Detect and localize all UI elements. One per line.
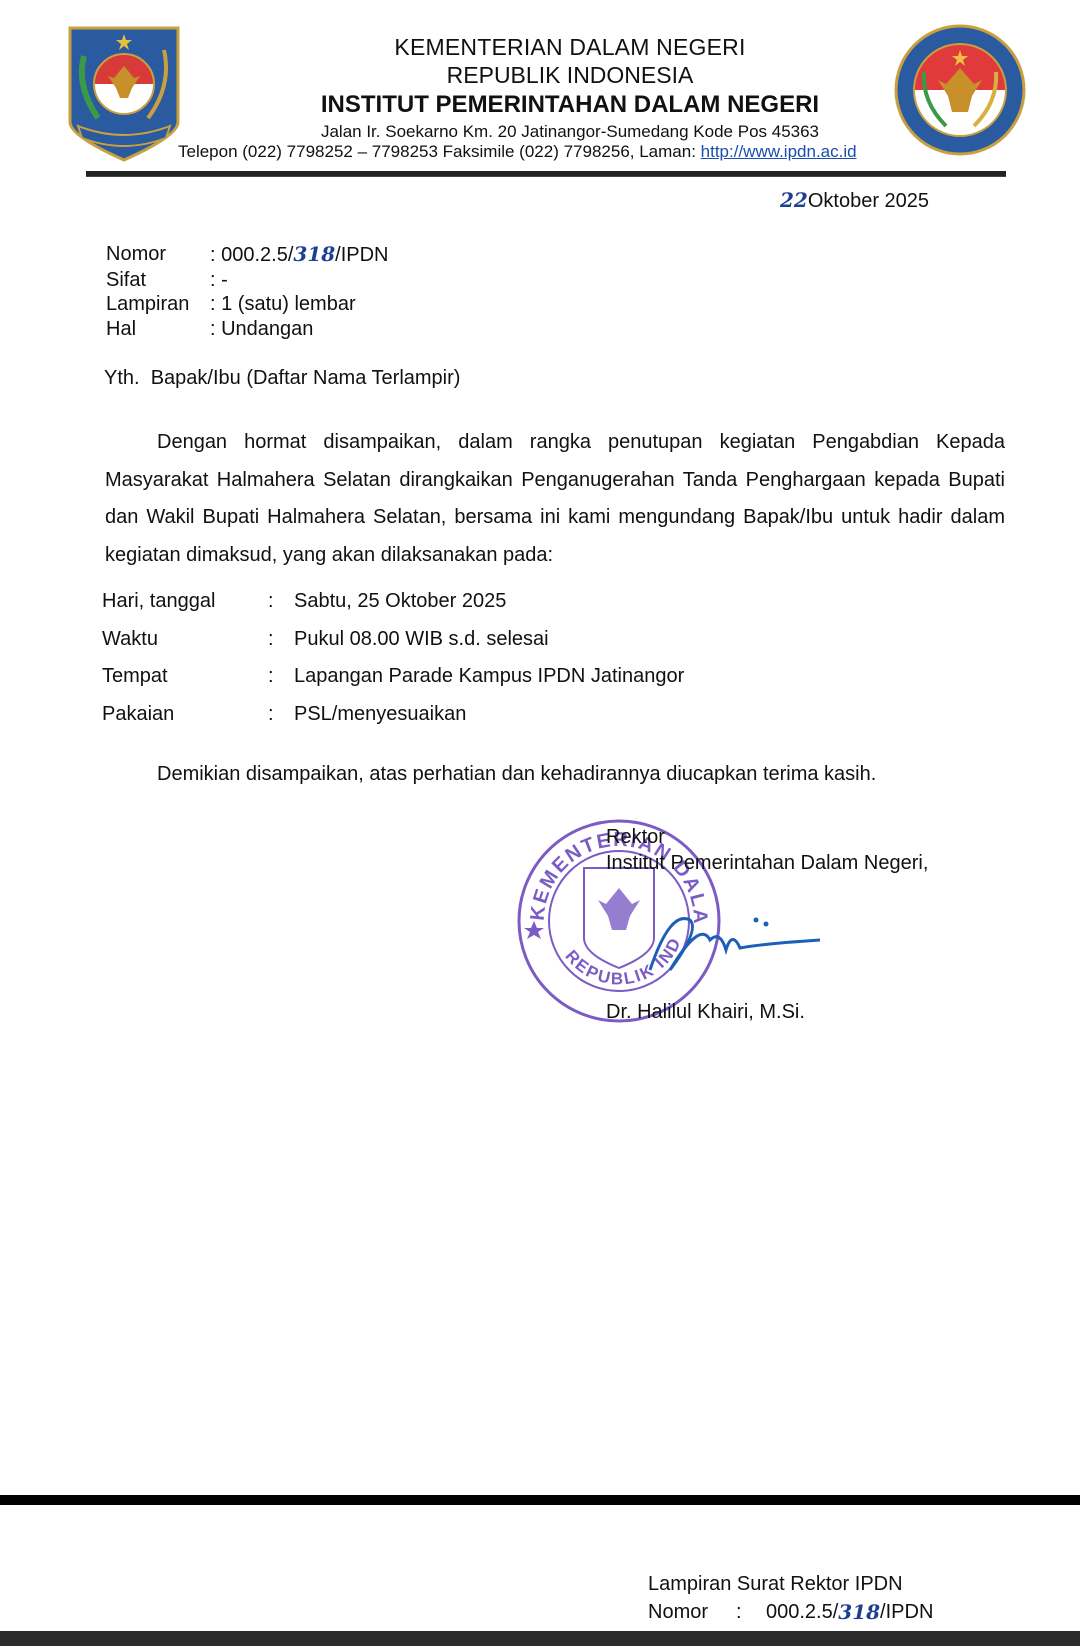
detail-row: Waktu:Pukul 08.00 WIB s.d. selesai (102, 628, 684, 666)
header-address: Jalan Ir. Soekarno Km. 20 Jatinangor-Sum… (180, 122, 960, 142)
signer-title: Rektor (606, 824, 928, 850)
kemendagri-logo-icon (68, 26, 180, 162)
attachment-title: Lampiran Surat Rektor IPDN (648, 1570, 933, 1598)
letter-meta: Nomor : 000.2.5/318/IPDN Sifat : - Lampi… (106, 242, 389, 341)
meta-label: Sifat (106, 268, 210, 293)
header-divider (86, 171, 1006, 177)
header-ministry: KEMENTERIAN DALAM NEGERI (180, 34, 960, 61)
closing-text: Demikian disampaikan, atas perhatian dan… (157, 763, 876, 786)
signer-institution: Institut Pemerintahan Dalam Negeri, (606, 850, 928, 876)
signer-name: Dr. Halilul Khairi, M.Si. (606, 1001, 805, 1024)
letter-date: 22Oktober 2025 (780, 188, 929, 213)
meta-label: Nomor (106, 242, 210, 268)
body-paragraph: Dengan hormat disampaikan, dalam rangka … (105, 424, 1005, 574)
date-day-handwritten: 22 (780, 188, 808, 212)
meta-row-lampiran: Lampiran : 1 (satu) lembar (106, 292, 389, 317)
signature-block: Rektor Institut Pemerintahan Dalam Neger… (606, 824, 928, 876)
meta-row-sifat: Sifat : - (106, 268, 389, 293)
nomor-handwritten: 318 (293, 242, 335, 266)
meta-label: Lampiran (106, 292, 210, 317)
page-separator (0, 1495, 1080, 1505)
detail-row: Hari, tanggal:Sabtu, 25 Oktober 2025 (102, 590, 684, 628)
recipient: Yth. Bapak/Ibu (Daftar Nama Terlampir) (104, 367, 460, 390)
viewer-bottom-bar (0, 1631, 1080, 1646)
meta-value: : Undangan (210, 317, 313, 342)
meta-value: : - (210, 268, 228, 293)
detail-row: Tempat:Lapangan Parade Kampus IPDN Jatin… (102, 665, 684, 703)
contact-text: Telepon (022) 7798252 – 7798253 Faksimil… (178, 142, 696, 161)
header-country: REPUBLIK INDONESIA (180, 62, 960, 89)
meta-label: Hal (106, 317, 210, 342)
meta-value: : 1 (satu) lembar (210, 292, 356, 317)
event-details: Hari, tanggal:Sabtu, 25 Oktober 2025 Wak… (102, 590, 684, 740)
handwritten-signature-icon (640, 900, 830, 980)
detail-row: Pakaian:PSL/menyesuaikan (102, 703, 684, 741)
header-contact: Telepon (022) 7798252 – 7798253 Faksimil… (178, 142, 857, 162)
meta-row-hal: Hal : Undangan (106, 317, 389, 342)
header-institute: INSTITUT PEMERINTAHAN DALAM NEGERI (180, 91, 960, 119)
attachment-nomor: Nomor:000.2.5/318/IPDN (648, 1598, 933, 1626)
meta-value: : 000.2.5/318/IPDN (210, 242, 389, 268)
website-link[interactable]: http://www.ipdn.ac.id (701, 142, 857, 161)
date-month-year: Oktober 2025 (808, 190, 929, 212)
meta-row-nomor: Nomor : 000.2.5/318/IPDN (106, 242, 389, 268)
